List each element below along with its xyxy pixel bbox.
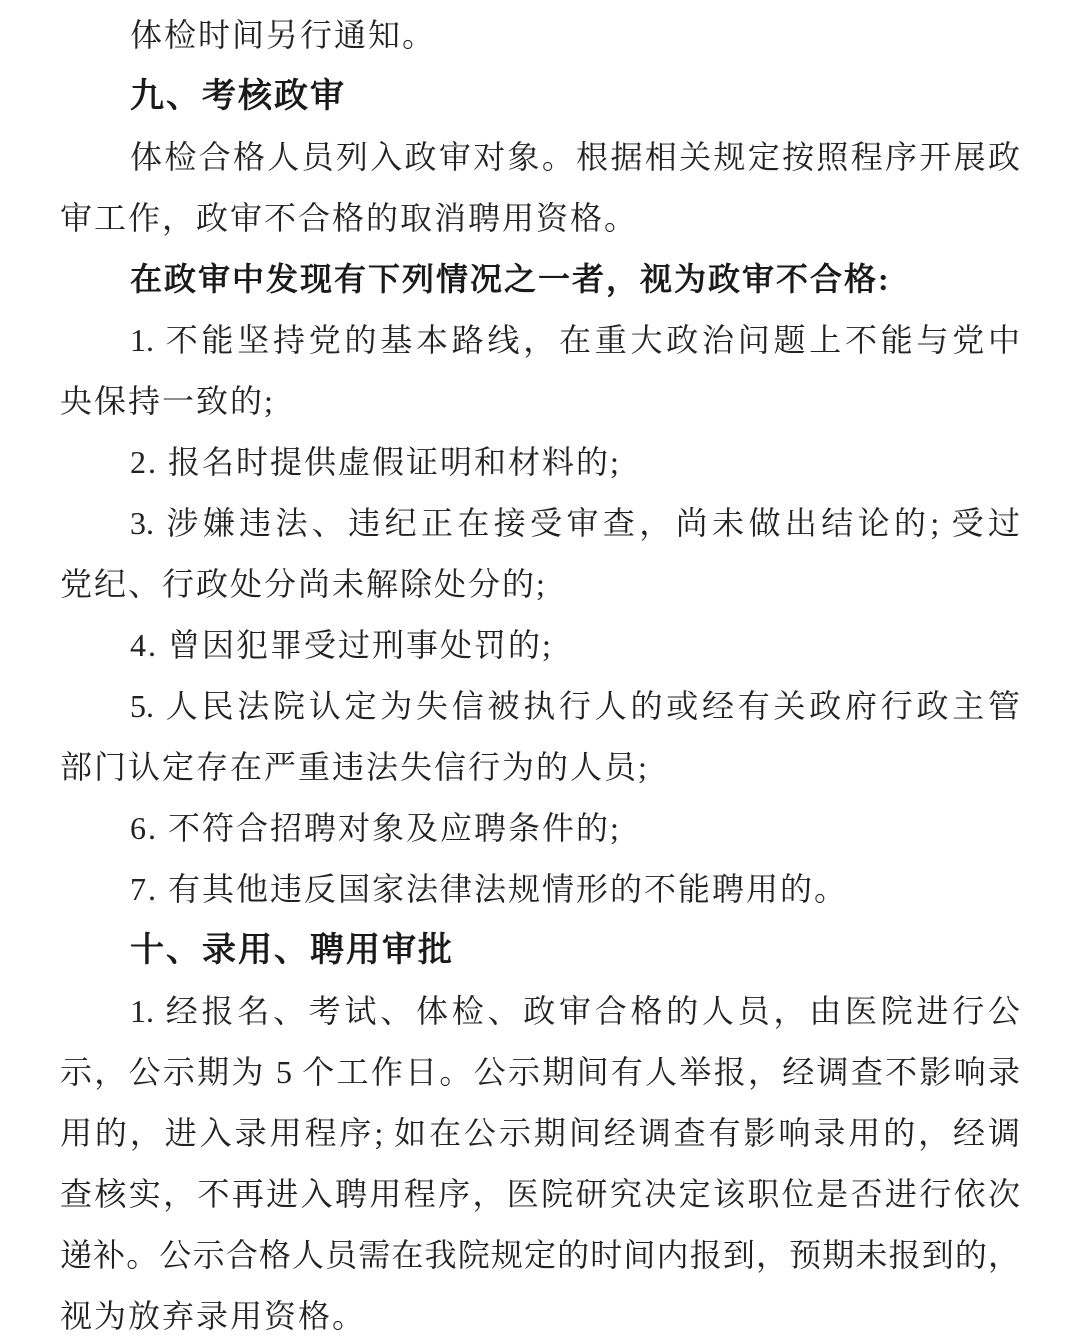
text-line: 示，公示期为 5 个工作日。公示期间有人举报，经调查不影响录: [60, 1042, 1020, 1103]
section-heading: 十、录用、聘用审批: [60, 920, 1020, 981]
text-line: 体检合格人员列入政审对象。根据相关规定按照程序开展政: [60, 127, 1020, 188]
text-line: 7. 有其他违反国家法律法规情形的不能聘用的。: [60, 859, 1020, 920]
text-line: 1. 不能坚持党的基本路线，在重大政治问题上不能与党中: [60, 310, 1020, 371]
text-line: 党纪、行政处分尚未解除处分的;: [60, 554, 1020, 615]
text-line: 用的，进入录用程序; 如在公示期间经调查有影响录用的，经调: [60, 1103, 1020, 1164]
section-heading: 九、考核政审: [60, 66, 1020, 127]
text-line: 视为放弃录用资格。: [60, 1286, 1020, 1343]
text-line: 4. 曾因犯罪受过刑事处罚的;: [60, 615, 1020, 676]
text-line: 3. 涉嫌违法、违纪正在接受审查，尚未做出结论的; 受过: [60, 493, 1020, 554]
text-line: 央保持一致的;: [60, 371, 1020, 432]
text-line: 审工作，政审不合格的取消聘用资格。: [60, 188, 1020, 249]
text-line: 查核实，不再进入聘用程序，医院研究决定该职位是否进行依次: [60, 1164, 1020, 1225]
text-line: 1. 经报名、考试、体检、政审合格的人员，由医院进行公: [60, 981, 1020, 1042]
text-line: 递补。公示合格人员需在我院规定的时间内报到，预期未报到的，: [60, 1225, 1020, 1286]
document-page: 体检时间另行通知。九、考核政审体检合格人员列入政审对象。根据相关规定按照程序开展…: [0, 0, 1080, 1343]
text-line: 5. 人民法院认定为失信被执行人的或经有关政府行政主管: [60, 676, 1020, 737]
text-line: 部门认定存在严重违法失信行为的人员;: [60, 737, 1020, 798]
text-line: 2. 报名时提供虚假证明和材料的;: [60, 432, 1020, 493]
text-line: 6. 不符合招聘对象及应聘条件的;: [60, 798, 1020, 859]
text-line: 体检时间另行通知。: [60, 5, 1020, 66]
text-line: 在政审中发现有下列情况之一者，视为政审不合格:: [60, 249, 1020, 310]
